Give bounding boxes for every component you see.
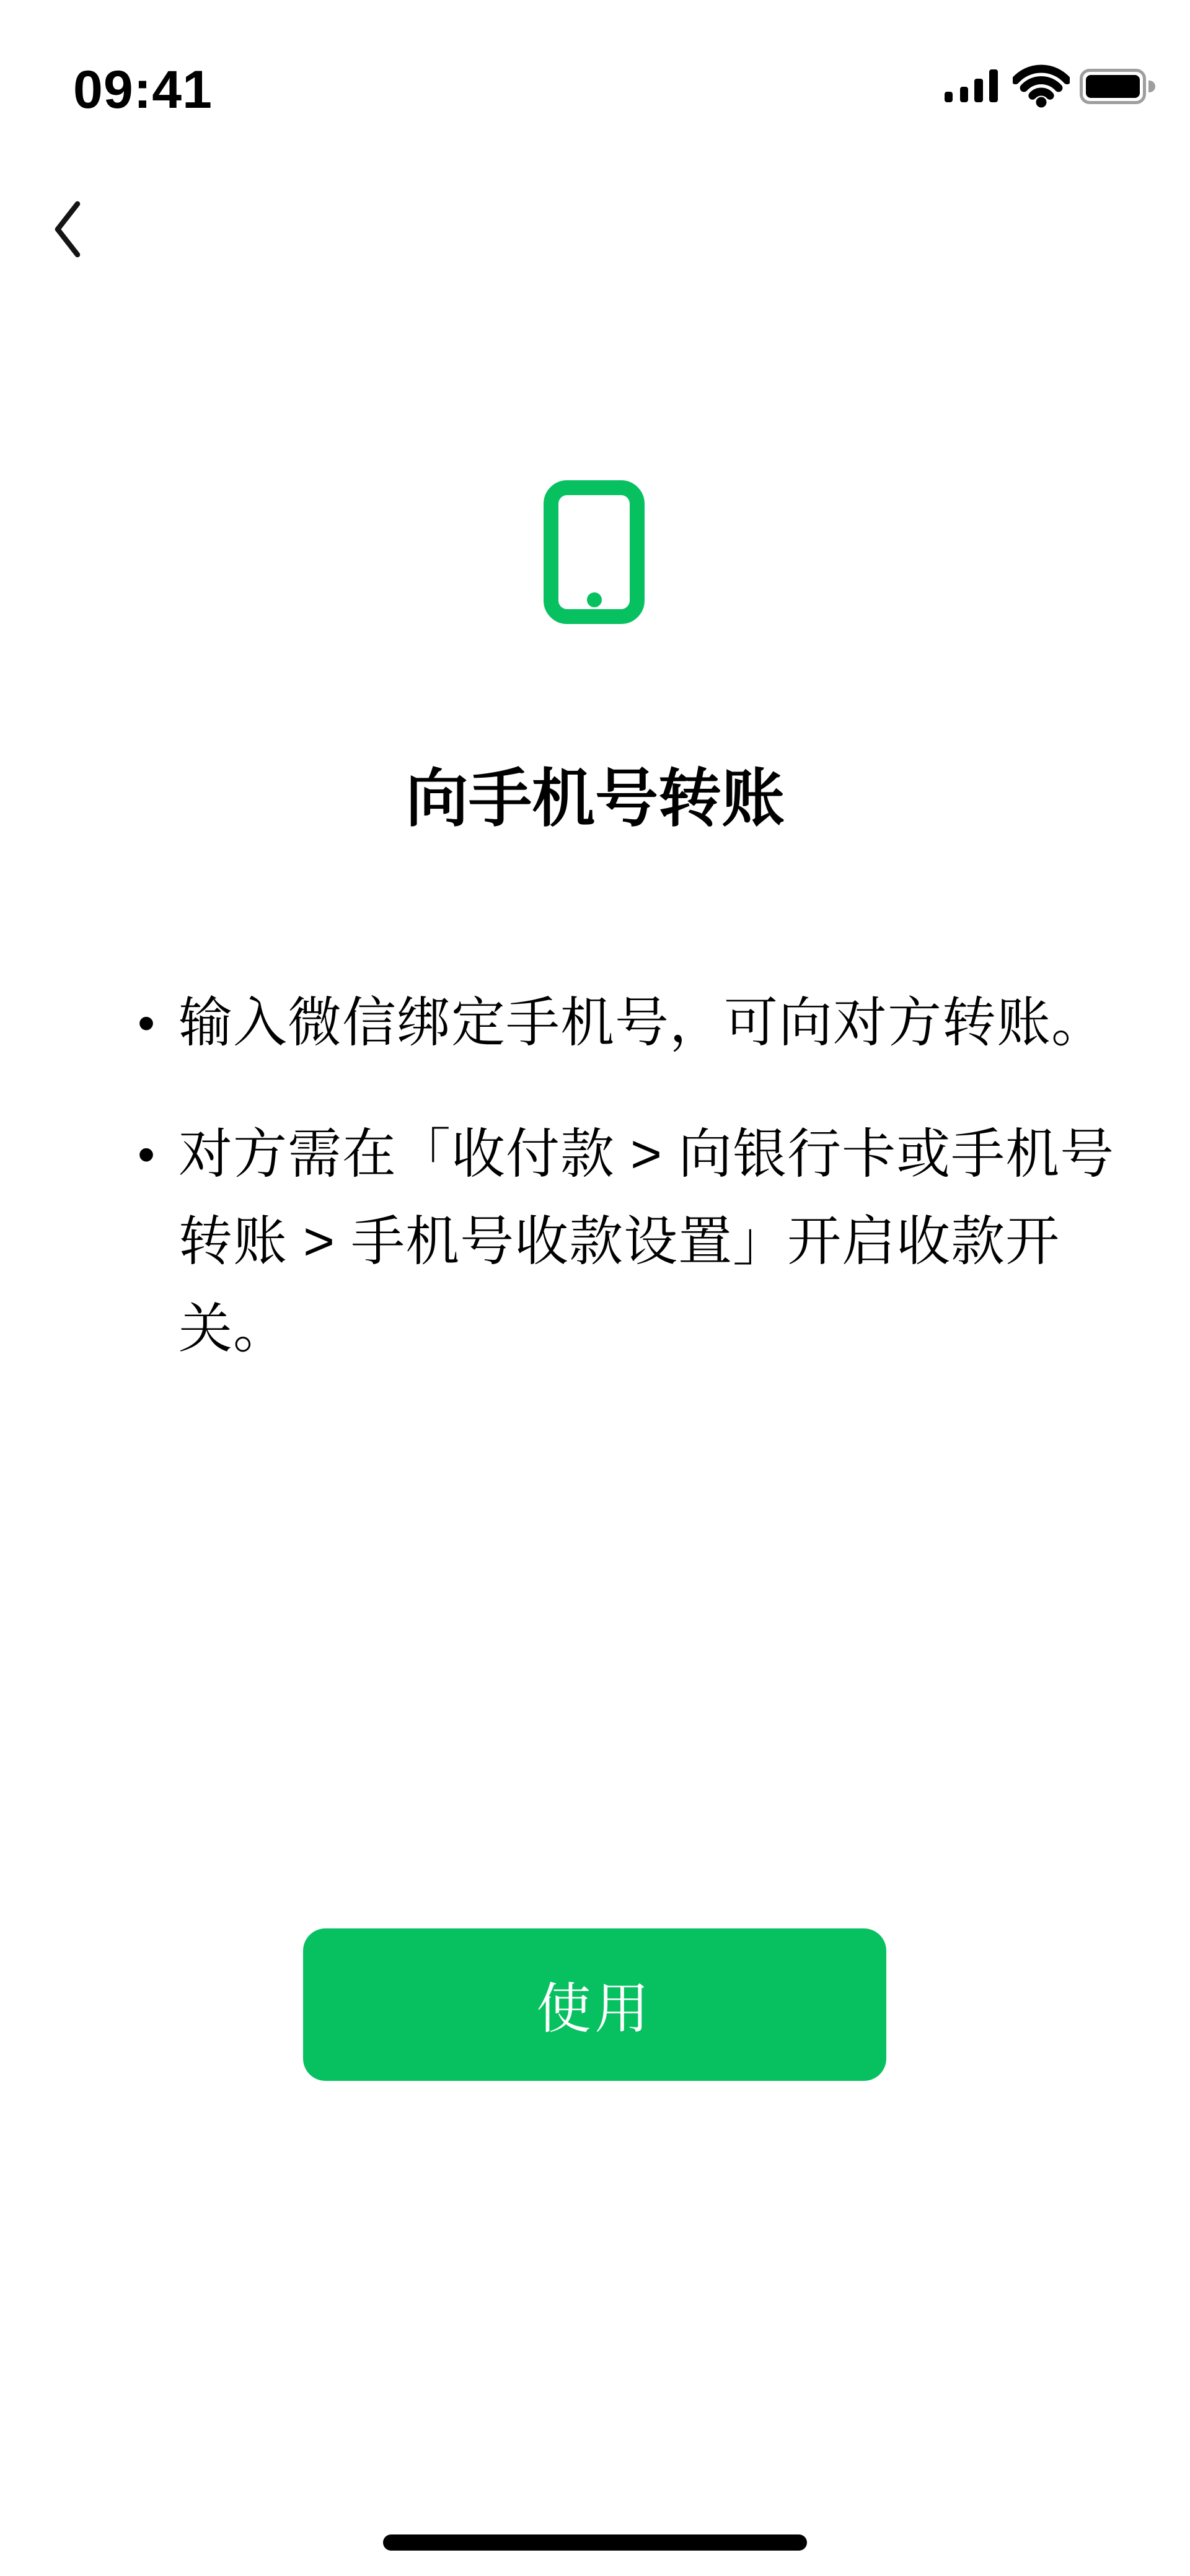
bullet-list: • 输入微信绑定手机号，可向对方转账。 • 对方需在「收付款 > 向银行卡或手机… <box>138 979 1080 1373</box>
wifi-icon <box>1013 64 1070 108</box>
bullet-text-line: 转账 > 手机号收款设置」开启收款开 <box>178 1198 1074 1285</box>
back-button[interactable] <box>37 186 118 273</box>
battery-icon <box>1080 69 1155 104</box>
phone-icon <box>544 480 645 624</box>
list-item: • 对方需在「收付款 > 向银行卡或手机号 转账 > 手机号收款设置」开启收款开… <box>138 1110 1080 1373</box>
screen: 09:41 <box>0 0 1190 2576</box>
bullet-text: 对方需在「收付款 > 向银行卡或手机号 转账 > 手机号收款设置」开启收款开 关… <box>178 1110 1074 1373</box>
page-title: 向手机号转账 <box>0 752 1190 845</box>
bullet-text: 输入微信绑定手机号，可向对方转账。 <box>178 979 1074 1066</box>
battery-tip <box>1148 81 1155 92</box>
chevron-left-icon <box>52 201 83 258</box>
use-button[interactable]: 使用 <box>303 1928 886 2081</box>
home-indicator[interactable] <box>383 2534 807 2551</box>
bullet-text-line: 关。 <box>178 1285 1074 1373</box>
bullet-text-line: 输入微信绑定手机号，可向对方转账。 <box>178 993 1106 1053</box>
bullet-text-line: 对方需在「收付款 > 向银行卡或手机号 <box>178 1110 1074 1198</box>
list-item: • 输入微信绑定手机号，可向对方转账。 <box>138 979 1080 1066</box>
battery-fill <box>1086 75 1140 98</box>
status-time: 09:41 <box>73 59 213 121</box>
cellular-signal-icon <box>945 69 998 102</box>
bullet-marker: • <box>138 1110 178 1198</box>
bullet-marker: • <box>138 979 178 1066</box>
